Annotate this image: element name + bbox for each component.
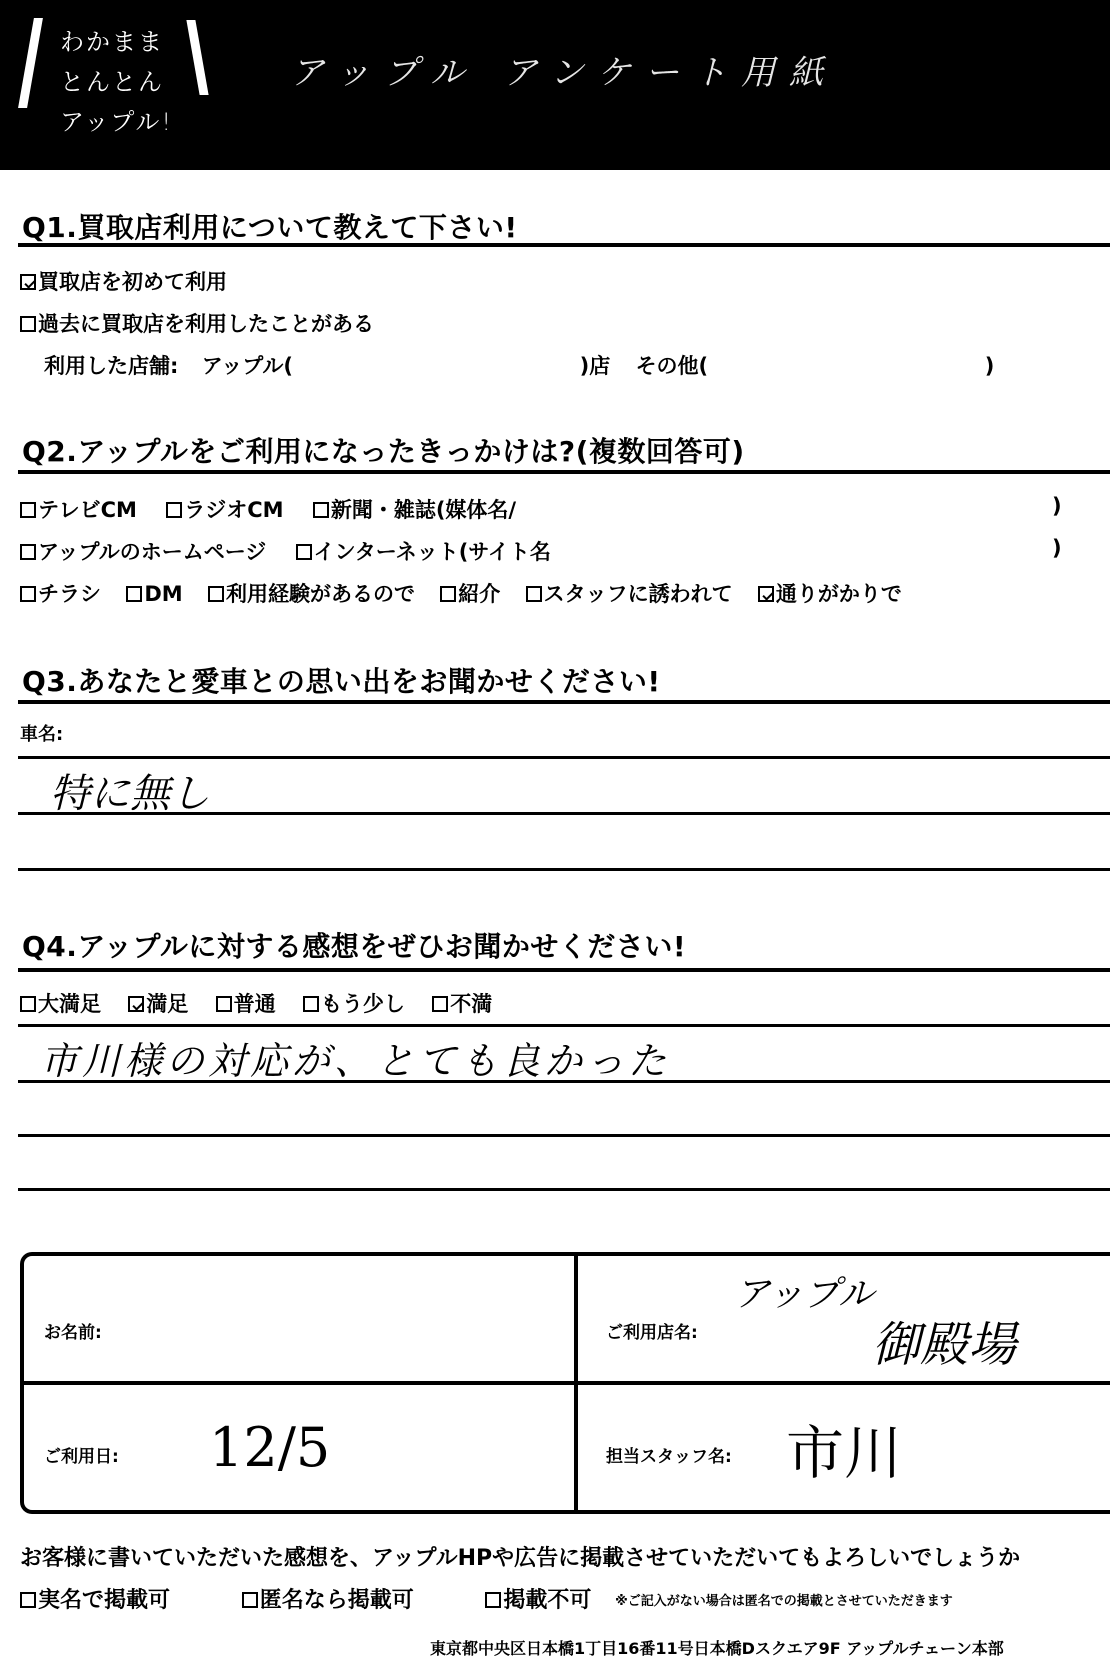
survey-title: アップル アンケート用紙: [290, 45, 837, 94]
q2-option-homepage[interactable]: アップルのホームページ: [20, 536, 266, 566]
checkbox-icon[interactable]: [20, 502, 36, 518]
option-label: 掲載不可: [503, 1588, 591, 1613]
option-label: 実名で掲載可: [38, 1588, 170, 1613]
checkbox-checked-icon[interactable]: [128, 996, 144, 1012]
store-name-value-line2[interactable]: 御殿場: [872, 1306, 1016, 1375]
q4-rule: [18, 968, 1110, 972]
checkbox-icon[interactable]: [303, 996, 319, 1012]
q4-option-dissatisfied[interactable]: 不満: [432, 988, 492, 1018]
q2-option-dm[interactable]: DM: [126, 582, 182, 606]
q2-option-radio-cm[interactable]: ラジオCM: [166, 494, 283, 524]
checkbox-icon[interactable]: [485, 1592, 501, 1608]
option-label: もう少し: [321, 992, 405, 1016]
box-divider-horizontal: [24, 1381, 1110, 1385]
q2-row-2: アップルのホームページ インターネット(サイト名: [20, 536, 573, 566]
q2-rule: [18, 470, 1110, 474]
option-label: 満足: [146, 992, 188, 1016]
slogan-line-3: アップル!: [60, 102, 173, 142]
checkbox-icon[interactable]: [432, 996, 448, 1012]
company-address: 東京都中央区日本橋1丁目16番11号日本橋Dスクエア9F アップルチェーン本部: [430, 1636, 1004, 1659]
other-store-prefix: その他(: [636, 354, 709, 378]
option-label: ラジオCM: [184, 498, 283, 522]
checkbox-checked-icon[interactable]: [758, 586, 774, 602]
slogan: わかまま とんとん アップル!: [60, 22, 173, 142]
consent-question: お客様に書いていただいた感想を、アップルHPや広告に掲載させていただいてもよろし…: [20, 1541, 1020, 1572]
checkbox-icon[interactable]: [208, 586, 224, 602]
checkbox-icon[interactable]: [242, 1592, 258, 1608]
consent-note: ※ご記入がない場合は匿名での掲載とさせていただきます: [615, 1594, 953, 1609]
q4-option-satisfied[interactable]: 満足: [128, 988, 188, 1018]
q3-line-2: [18, 812, 1110, 815]
q4-line-4: [18, 1188, 1110, 1191]
checkbox-icon[interactable]: [20, 544, 36, 560]
checkbox-checked-icon[interactable]: [20, 274, 36, 290]
q1-title: Q1.買取店利用について教えて下さい!: [22, 206, 518, 246]
apple-store-prefix: アップル(: [202, 354, 293, 378]
q3-line-3: [18, 868, 1110, 871]
car-name-label: 車名:: [20, 720, 63, 746]
option-label: 匿名なら掲載可: [260, 1588, 414, 1613]
q1-rule: [18, 243, 1110, 247]
q3-rule: [18, 700, 1110, 704]
checkbox-icon[interactable]: [296, 544, 312, 560]
checkbox-icon[interactable]: [313, 502, 329, 518]
date-label: ご利用日:: [44, 1442, 119, 1467]
consent-option-not-allowed[interactable]: 掲載不可: [485, 1583, 591, 1614]
staff-name-label: 担当スタッフ名:: [606, 1442, 732, 1467]
q2-option-passing-by[interactable]: 通りがかりで: [758, 578, 902, 608]
q1-option-first-time[interactable]: 買取店を初めて利用: [20, 266, 227, 296]
q4-option-very-satisfied[interactable]: 大満足: [20, 988, 101, 1018]
q4-option-normal[interactable]: 普通: [216, 988, 276, 1018]
checkbox-icon[interactable]: [20, 996, 36, 1012]
option-label: テレビCM: [38, 498, 137, 522]
q4-rating-row: 大満足 満足 普通 もう少し 不満: [20, 988, 514, 1018]
q1-option-used-before[interactable]: 過去に買取店を利用したことがある: [20, 308, 374, 338]
slogan-line-1: わかまま: [60, 22, 173, 62]
q3-line-1: [18, 756, 1110, 759]
q4-line-2: [18, 1080, 1110, 1083]
option-label: 過去に買取店を利用したことがある: [38, 312, 374, 336]
checkbox-icon[interactable]: [526, 586, 542, 602]
option-label: チラシ: [38, 582, 101, 606]
consent-options: 実名で掲載可 匿名なら掲載可 掲載不可 ※ご記入がない場合は匿名での掲載とさせて…: [20, 1583, 953, 1614]
q2-title: Q2.アップルをご利用になったきっかけは?(複数回答可): [22, 430, 745, 470]
name-label: お名前:: [44, 1318, 102, 1343]
q2-option-referral[interactable]: 紹介: [440, 578, 500, 608]
consent-option-real-name[interactable]: 実名で掲載可: [20, 1583, 170, 1614]
q3-answer[interactable]: 特に無し: [50, 762, 210, 819]
q4-line-3: [18, 1134, 1110, 1137]
option-label: 紹介: [458, 582, 500, 606]
store-name-label: ご利用店名:: [606, 1318, 698, 1343]
date-value[interactable]: 12/5: [209, 1416, 330, 1479]
checkbox-icon[interactable]: [166, 502, 182, 518]
q2-row-3: チラシ DM 利用経験があるので 紹介 スタッフに誘われて 通りがかりで: [20, 578, 902, 608]
q2-row-1-close: ): [1052, 494, 1062, 518]
option-label: 利用経験があるので: [226, 582, 415, 606]
q4-line-1: [18, 1024, 1110, 1027]
customer-info-box: お名前: ご利用日: 12/5 ご利用店名: アップル 御殿場 担当スタッフ名:…: [20, 1252, 1110, 1514]
q2-row-2-close: ): [1052, 536, 1062, 560]
option-label: 買取店を初めて利用: [38, 270, 227, 294]
slogan-bracket-right: [186, 20, 208, 95]
apple-store-suffix: )店: [580, 354, 611, 378]
checkbox-icon[interactable]: [216, 996, 232, 1012]
q2-option-internet[interactable]: インターネット(サイト名: [296, 536, 551, 566]
store-name-value-line1[interactable]: アップル: [734, 1266, 874, 1317]
option-label: 大満足: [38, 992, 101, 1016]
q2-option-experience[interactable]: 利用経験があるので: [208, 578, 415, 608]
slogan-line-2: とんとん: [60, 62, 173, 102]
q2-option-newspaper[interactable]: 新聞・雑誌(媒体名/: [313, 494, 516, 524]
q3-title: Q3.あなたと愛車との思い出をお聞かせください!: [22, 660, 661, 700]
checkbox-icon[interactable]: [20, 586, 36, 602]
q2-option-tv-cm[interactable]: テレビCM: [20, 494, 137, 524]
checkbox-icon[interactable]: [20, 1592, 36, 1608]
option-label: 不満: [450, 992, 492, 1016]
option-label: スタッフに誘われて: [544, 582, 733, 606]
option-label: 普通: [234, 992, 276, 1016]
option-label: アップルのホームページ: [38, 540, 266, 564]
q4-title: Q4.アップルに対する感想をぜひお聞かせください!: [22, 925, 686, 965]
header-banner: わかまま とんとん アップル! アップル アンケート用紙: [0, 0, 1110, 170]
other-store-suffix: ): [985, 354, 995, 378]
q2-option-staff[interactable]: スタッフに誘われて: [526, 578, 733, 608]
q4-comment[interactable]: 市川様の対応が、とても良かった: [40, 1030, 670, 1085]
q2-option-flyer[interactable]: チラシ: [20, 578, 101, 608]
store-label: 利用した店舗:: [44, 354, 178, 378]
option-label: DM: [144, 582, 182, 606]
q2-row-1: テレビCM ラジオCM 新聞・雑誌(媒体名/: [20, 494, 538, 524]
consent-option-anonymous[interactable]: 匿名なら掲載可: [242, 1583, 414, 1614]
checkbox-icon[interactable]: [126, 586, 142, 602]
q4-option-so-so[interactable]: もう少し: [303, 988, 405, 1018]
option-label: 新聞・雑誌(媒体名/: [331, 498, 516, 522]
option-label: 通りがかりで: [776, 582, 902, 606]
q1-store-line: 利用した店舗: アップル( )店 その他( ): [44, 350, 994, 380]
checkbox-icon[interactable]: [20, 316, 36, 332]
checkbox-icon[interactable]: [440, 586, 456, 602]
staff-name-value[interactable]: 市川: [786, 1406, 902, 1490]
option-label: インターネット(サイト名: [314, 540, 551, 564]
slogan-bracket-left: [18, 18, 43, 108]
